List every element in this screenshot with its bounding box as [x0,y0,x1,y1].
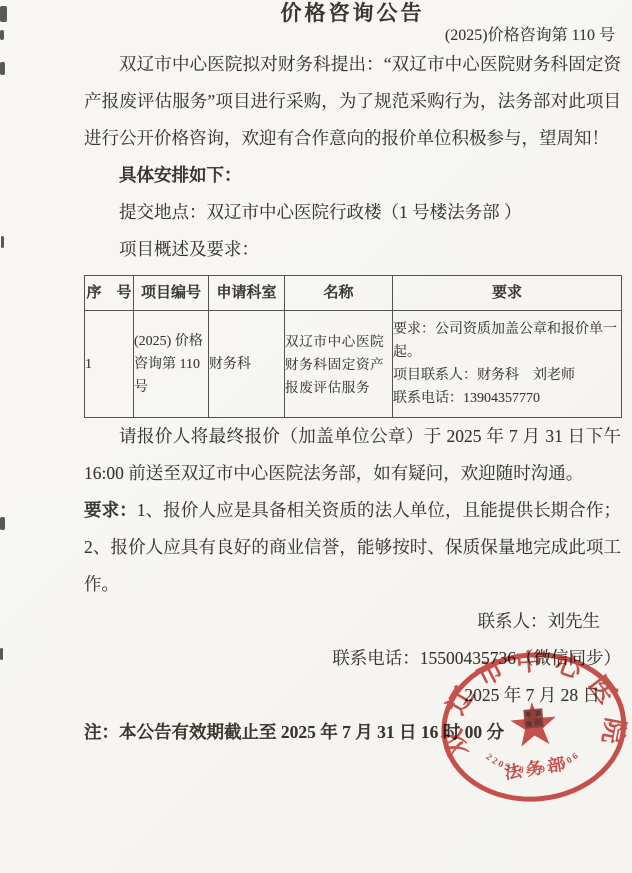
col-header-project-no: 项目编号 [134,276,209,311]
requirements-text: 1、报价人应是具备相关资质的法人单位，且能提供长期合作；2、报价人应具有良好的商… [84,500,621,594]
col-header-department: 申请科室 [209,276,285,311]
intro-paragraph: 双辽市中心医院拟对财务科提出：“双辽市中心医院财务科固定资产报废评估服务”项目进… [84,46,621,157]
scan-artifact [0,648,3,660]
contact-person: 联系人：刘先生 [84,603,621,640]
table-row: 1 (2025) 价格咨询第 110 号 财务科 双辽市中心医院财务科固定资产报… [85,311,622,418]
scan-artifact [1,236,4,248]
overview-heading: 项目概述及要求： [84,231,621,268]
contact-phone: 联系电话：15500435736（微信同步） [84,640,621,677]
scan-artifact [0,517,5,530]
cell-requirements: 要求：公司资质加盖公章和报价单一起。 项目联系人：财务科 刘老师 联系电话：13… [393,311,622,418]
col-header-seq: 序 号 [85,276,134,311]
signature-block: 联系人：刘先生 联系电话：15500435736（微信同步） 2025 年 7 … [84,603,621,714]
scan-artifact [0,6,7,22]
deadline-paragraph: 请报价人将最终报价（加盖单位公章）于 2025 年 7 月 31 日下午 16:… [84,418,621,492]
scan-artifact [0,30,4,40]
col-header-name: 名称 [285,276,393,311]
seal-dept-text: 法务部 [503,753,571,783]
document-page: 价格咨询公告 (2025)价格咨询第 110 号 双辽市中心医院拟对财务科提出：… [0,0,632,873]
cell-seq: 1 [85,311,134,418]
table-header-row: 序 号 项目编号 申请科室 名称 要求 [85,276,622,311]
signature-date: 2025 年 7 月 28 日 [84,677,621,714]
req-line-2: 项目联系人：财务科 刘老师 [393,364,621,387]
req-line-3: 联系电话：13904357770 [393,387,621,410]
arrangement-heading: 具体安排如下： [84,157,621,194]
page-title: 价格咨询公告 [84,0,621,26]
requirements-paragraph: 要求：1、报价人应是具备相关资质的法人单位，且能提供长期合作；2、报价人应具有良… [84,492,621,603]
cell-name: 双辽市中心医院财务科固定资产报废评估服务 [285,311,393,418]
req-line-1: 要求：公司资质加盖公章和报价单一起。 [393,318,621,364]
document-body: 价格咨询公告 (2025)价格咨询第 110 号 双辽市中心医院拟对财务科提出：… [84,0,621,751]
col-header-req: 要求 [393,276,622,311]
doc-number: (2025)价格咨询第 110 号 [84,26,621,46]
project-table: 序 号 项目编号 申请科室 名称 要求 1 (2025) 价格咨询第 110 号… [84,275,622,418]
cell-department: 财务科 [209,311,285,418]
validity-note: 注：本公告有效期截止至 2025 年 7 月 31 日 16 时 00 分 [84,714,621,751]
cell-project-no: (2025) 价格咨询第 110 号 [134,311,209,418]
submission-location: 提交地点：双辽市中心医院行政楼（1 号楼法务部 ） [84,194,621,231]
requirements-label: 要求： [84,500,137,520]
scan-artifact [0,62,5,75]
